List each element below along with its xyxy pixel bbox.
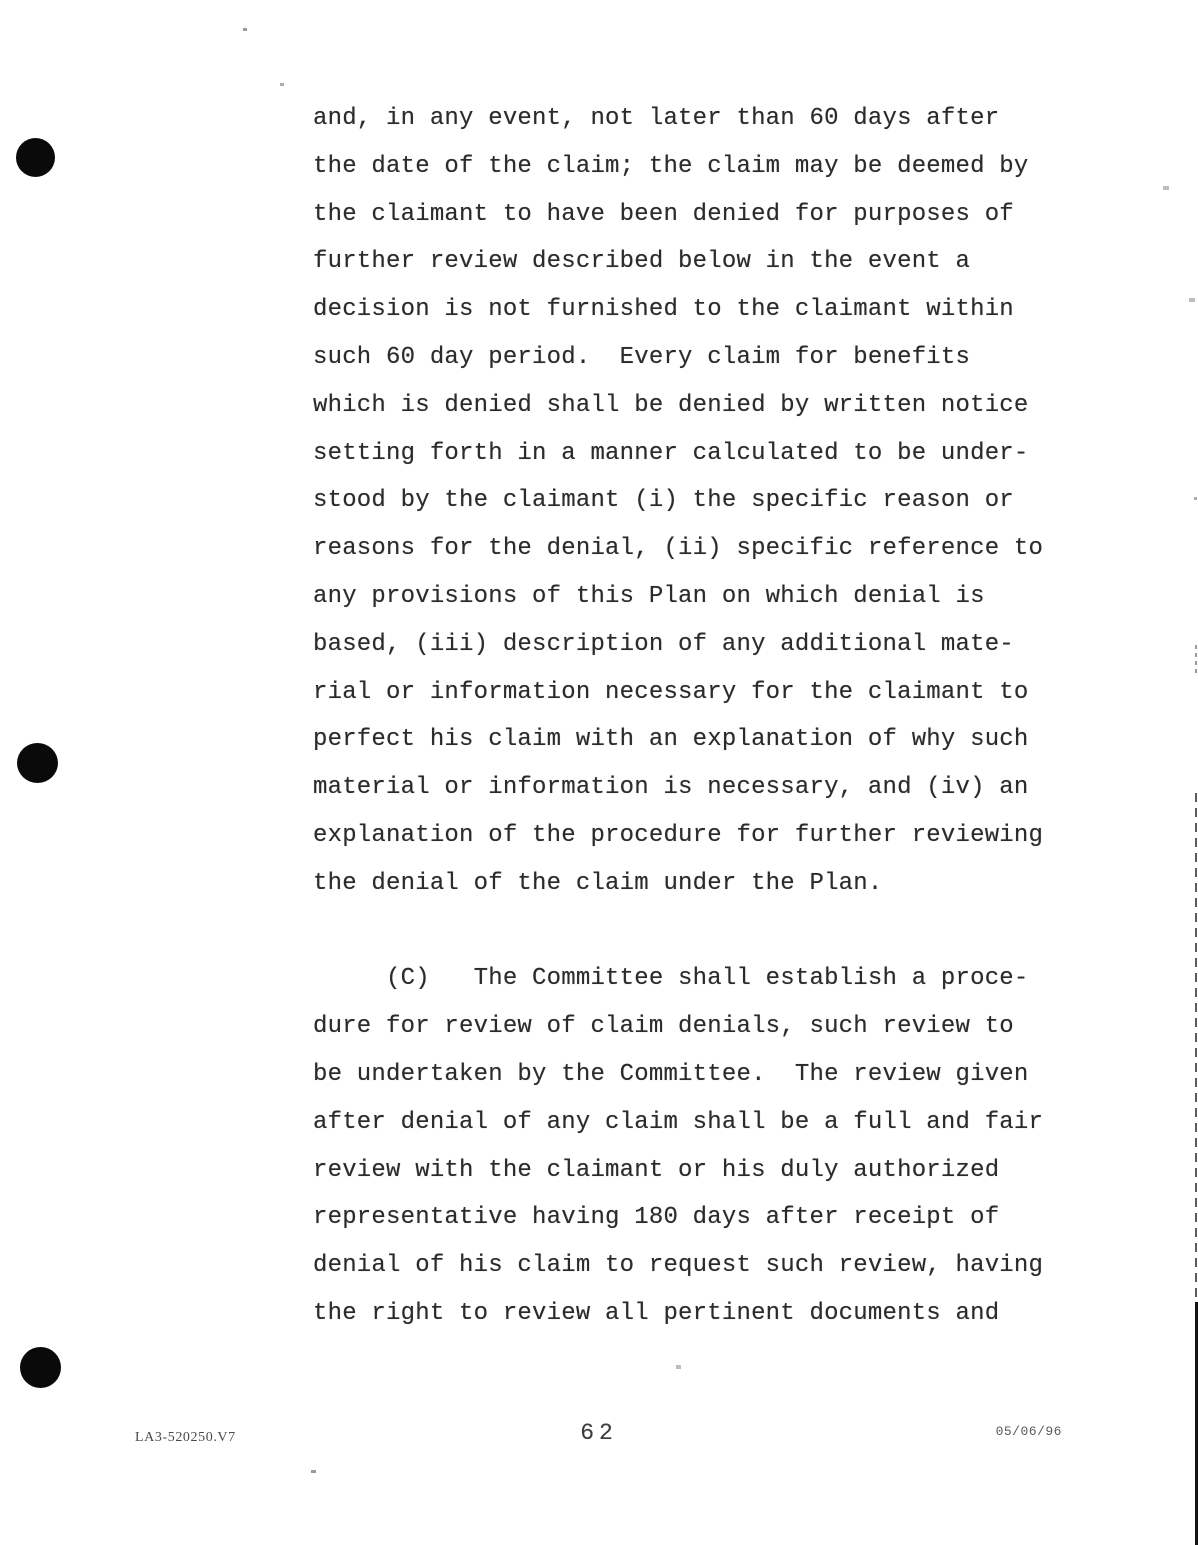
page-edge-dashed-line [1195, 793, 1197, 1302]
footer-date: 05/06/96 [996, 1424, 1062, 1439]
hole-punch-dot-icon [20, 1347, 61, 1388]
text-line: stood by the claimant (i) the specific r… [313, 477, 1073, 525]
scan-noise-speck [243, 28, 247, 31]
text-line: setting forth in a manner calculated to … [313, 430, 1073, 478]
scan-noise-speck [1163, 186, 1169, 190]
scan-noise-speck [311, 1470, 316, 1473]
text-line: explanation of the procedure for further… [313, 812, 1073, 860]
text-line: material or information is necessary, an… [313, 764, 1073, 812]
text-line: which is denied shall be denied by writt… [313, 382, 1073, 430]
scan-noise-speck [1194, 497, 1197, 500]
text-line: dure for review of claim denials, such r… [313, 1003, 1073, 1051]
text-line: decision is not furnished to the claiman… [313, 286, 1073, 334]
paragraph-committee-review-procedure: (C) The Committee shall establish a proc… [313, 955, 1073, 1337]
text-line: based, (iii) description of any addition… [313, 621, 1073, 669]
text-line: be undertaken by the Committee. The revi… [313, 1051, 1073, 1099]
hole-punch-dot-icon [16, 138, 55, 177]
document-body: and, in any event, not later than 60 day… [313, 95, 1073, 1338]
text-line: denial of his claim to request such revi… [313, 1242, 1073, 1290]
text-line: perfect his claim with an explanation of… [313, 716, 1073, 764]
text-line: further review described below in the ev… [313, 238, 1073, 286]
text-line: such 60 day period. Every claim for bene… [313, 334, 1073, 382]
text-line: (C) The Committee shall establish a proc… [313, 955, 1073, 1003]
text-line: the date of the claim; the claim may be … [313, 143, 1073, 191]
hole-punch-dot-icon [17, 743, 58, 783]
text-line: review with the claimant or his duly aut… [313, 1147, 1073, 1195]
text-line: after denial of any claim shall be a ful… [313, 1099, 1073, 1147]
scan-noise-speck [280, 83, 284, 86]
text-line: the claimant to have been denied for pur… [313, 191, 1073, 239]
text-line: reasons for the denial, (ii) specific re… [313, 525, 1073, 573]
paragraph-claim-denial-notice: and, in any event, not later than 60 day… [313, 95, 1073, 908]
text-line: the denial of the claim under the Plan. [313, 860, 1073, 908]
text-line: rial or information necessary for the cl… [313, 669, 1073, 717]
scanned-document-page: and, in any event, not later than 60 day… [0, 0, 1198, 1545]
scan-noise-speck [676, 1365, 681, 1369]
text-line: and, in any event, not later than 60 day… [313, 95, 1073, 143]
text-line: representative having 180 days after rec… [313, 1194, 1073, 1242]
page-edge-dashed-mark [1195, 645, 1197, 676]
text-line: the right to review all pertinent docume… [313, 1290, 1073, 1338]
scan-noise-speck [1189, 298, 1195, 302]
text-line: any provisions of this Plan on which den… [313, 573, 1073, 621]
